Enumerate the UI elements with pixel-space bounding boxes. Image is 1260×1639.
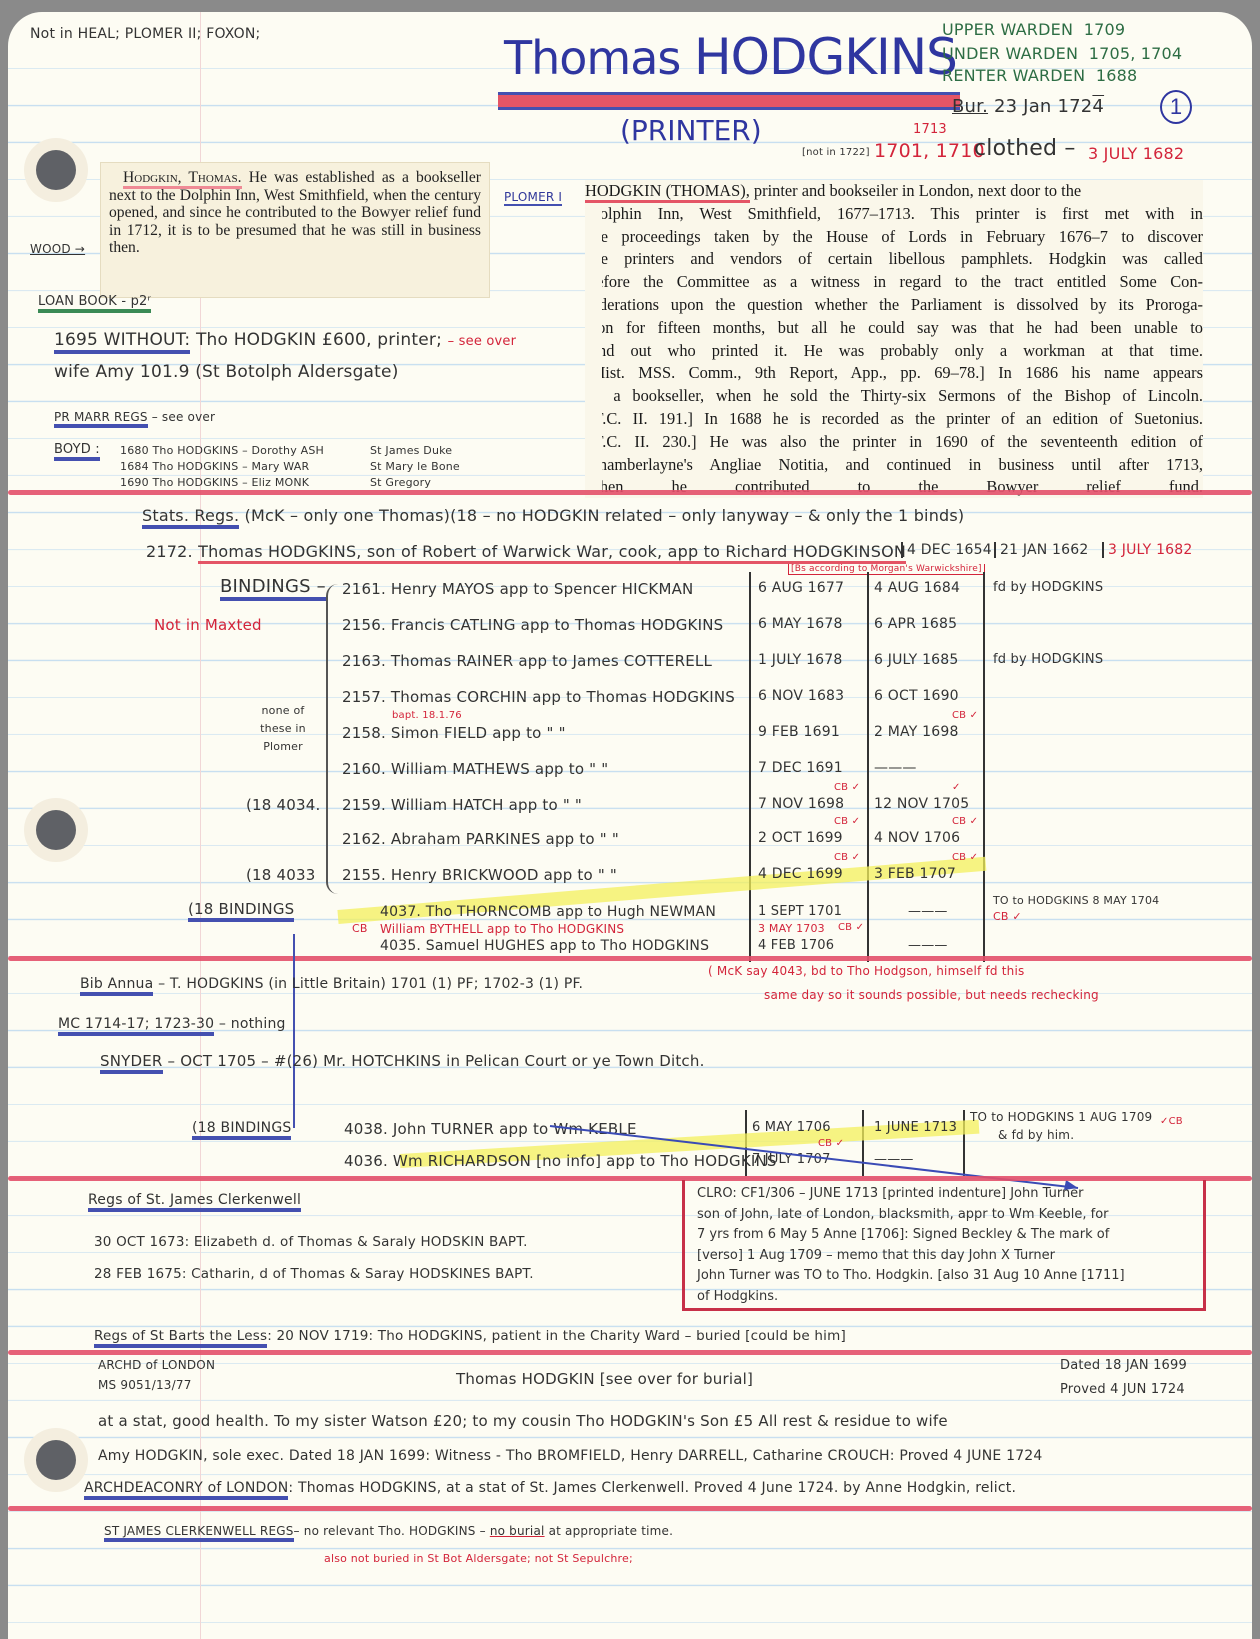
title-first-name: Thomas bbox=[504, 31, 680, 85]
archdeaconry-line: ARCHDEACONRY of LONDON: Thomas HODGKINS,… bbox=[84, 1480, 1016, 1496]
cb-check: CB ✓ bbox=[952, 710, 978, 721]
plomer-label: PLOMER I bbox=[504, 190, 562, 204]
will-proved: Proved 4 JUN 1724 bbox=[1060, 1382, 1185, 1397]
cb-check: CB ✓ bbox=[952, 852, 978, 863]
clro-line: of Hodgkins. bbox=[697, 1287, 1203, 1308]
binding-entry: 2159. William HATCH app to " " bbox=[342, 796, 582, 814]
clro-line: son of John, late of London, blacksmith,… bbox=[697, 1205, 1203, 1226]
clerkenwell-entry: 30 OCT 1673: Elizabeth d. of Thomas & Sa… bbox=[94, 1234, 528, 1250]
will-line-1: at a stat, good health. To my sister Wat… bbox=[98, 1412, 948, 1430]
wood-clipping: Hodgkin, Thomas. He was established as a… bbox=[100, 162, 490, 298]
binding-entry: 2160. William MATHEWS app to " " bbox=[342, 760, 608, 778]
table-col-divider bbox=[749, 572, 751, 962]
plomer-line: [T.C. II. 191.] In 1688 he is recorded a… bbox=[602, 408, 1203, 431]
freed-date: 2 MAY 1698 bbox=[874, 724, 959, 740]
clothed-label: clothed – bbox=[974, 136, 1076, 161]
plomer-line: [T.C. II. 230.] He was also the printer … bbox=[602, 431, 1203, 454]
pr-marr-regs: PR MARR REGS – see over bbox=[54, 410, 215, 424]
mc-line: MC 1714-17; 1723-30 – nothing bbox=[58, 1016, 286, 1032]
binding-entry: 4037. Tho THORNCOMB app to Hugh NEWMAN bbox=[380, 904, 716, 920]
plomer-line: Dolphin Inn, West Smithfield, 1677–1713.… bbox=[602, 203, 1203, 226]
bound-date: 1 JULY 1678 bbox=[758, 652, 843, 668]
livery-years: 1701, 1710 bbox=[874, 140, 985, 162]
mck-note-1: ( McK say 4043, bd to Tho Hodgson, himse… bbox=[708, 964, 1024, 978]
plomer-lead: HODGKIN (THOMAS), bbox=[585, 181, 750, 203]
transfer-note: TO to HODGKINS 8 MAY 1704 bbox=[993, 894, 1159, 907]
snyder-line: SNYDER – OCT 1705 – #(26) Mr. HOTCHKINS … bbox=[100, 1052, 705, 1070]
bound-date: 6 AUG 1677 bbox=[758, 580, 844, 596]
binder-hole-top bbox=[36, 150, 76, 190]
freed-date: ——— bbox=[874, 760, 917, 776]
register-ref: (18 4034. bbox=[246, 796, 320, 814]
binding-entry: 2162. Abraham PARKINES app to " " bbox=[342, 830, 619, 848]
clro-line: CLRO: CF1/306 – JUNE 1713 [printed inden… bbox=[697, 1184, 1203, 1205]
cb-check: ✓ bbox=[952, 782, 961, 793]
page-title: Thomas HODGKINS bbox=[504, 28, 957, 86]
section-divider bbox=[8, 490, 1252, 495]
boyd-label: BOYD : bbox=[54, 442, 100, 457]
st-james-regs-line: ST JAMES CLERKENWELL REGS– no relevant T… bbox=[104, 1524, 673, 1538]
freed-date: 6 APR 1685 bbox=[874, 616, 957, 632]
bound-date: 6 MAY 1678 bbox=[758, 616, 843, 632]
boyd-entry: 1684 Tho HODGKINS – Mary WAR bbox=[120, 460, 309, 473]
red-note: also not buried in St Bot Aldersgate; no… bbox=[324, 1552, 633, 1565]
bindings-label: BINDINGS – bbox=[220, 576, 326, 597]
will-title: Thomas HODGKIN [see over for burial] bbox=[456, 1370, 753, 1388]
clro-line: John Turner was TO to Tho. Hodgkin. [als… bbox=[697, 1266, 1203, 1287]
plomer-body: Dolphin Inn, West Smithfield, 1677–1713.… bbox=[585, 203, 1203, 499]
bindings18-label: (18 BINDINGS bbox=[188, 900, 294, 918]
baptism-note: bapt. 18.1.76 bbox=[392, 710, 462, 721]
freed-date: 4 AUG 1684 bbox=[874, 580, 960, 596]
freed-date: ——— bbox=[908, 938, 948, 953]
freed-note: fd by HODGKINS bbox=[993, 580, 1103, 595]
binding-entry: 2158. Simon FIELD app to " " bbox=[342, 724, 566, 742]
freed-date: ——— bbox=[908, 904, 948, 919]
freed-note: fd by HODGKINS bbox=[993, 652, 1103, 667]
none-in-plomer-note: none of these in Plomer bbox=[252, 702, 314, 756]
livery-year-above: 1713 bbox=[913, 122, 947, 137]
plomer-line: [Hist. MSS. Comm., 9th Report, App., pp.… bbox=[602, 362, 1203, 385]
loan-book-heading: LOAN BOOK - p2ʳ bbox=[38, 294, 151, 309]
not-in-sources-note: Not in HEAL; PLOMER II; FOXON; bbox=[30, 26, 260, 42]
section-divider bbox=[8, 1506, 1252, 1511]
plomer-line: the proceedings taken by the House of Lo… bbox=[602, 226, 1203, 249]
table-col-divider bbox=[983, 572, 985, 962]
clro-box: CLRO: CF1/306 – JUNE 1713 [printed inden… bbox=[682, 1180, 1206, 1311]
freed-date: 4 NOV 1706 bbox=[874, 830, 960, 846]
bib-annua-line: Bib Annua – T. HODGKINS (in Little Brita… bbox=[80, 976, 583, 992]
clro-line: [verso] 1 Aug 1709 – memo that this day … bbox=[697, 1246, 1203, 1267]
notebook-page: Not in HEAL; PLOMER II; FOXON; Thomas HO… bbox=[8, 12, 1252, 1639]
binding-entry: 2157. Thomas CORCHIN app to Thomas HODGK… bbox=[342, 688, 735, 706]
clro-line: 7 yrs from 6 May 5 Anne [1706]: Signed B… bbox=[697, 1225, 1203, 1246]
bound-date: 4 DEC 1699 bbox=[758, 866, 843, 882]
sheet-number: 1 bbox=[1160, 90, 1192, 124]
plomer-line: Chamberlayne's Angliae Notitia, and cont… bbox=[602, 454, 1203, 477]
freed-date: 12 NOV 1705 bbox=[874, 796, 969, 812]
bindings-brace bbox=[326, 584, 338, 894]
boyd-place: St Gregory bbox=[370, 476, 431, 489]
clerkenwell-entry: 28 FEB 1675: Catharin, d of Thomas & Sar… bbox=[94, 1266, 534, 1282]
freed-date: 3 FEB 1707 bbox=[874, 866, 956, 882]
plomer-line: when he contributed to the Bowyer relief… bbox=[602, 476, 1203, 499]
bindings18b-label: (18 BINDINGS bbox=[192, 1120, 291, 1136]
plomer-line: siderations upon the question whether th… bbox=[602, 294, 1203, 317]
not-in-maxted: Not in Maxted bbox=[154, 616, 262, 634]
bound-date: 7 NOV 1698 bbox=[758, 796, 844, 812]
cb-mark: CB bbox=[352, 922, 368, 935]
section-divider bbox=[8, 1350, 1252, 1355]
will-line-2: Amy HODGKIN, sole exec. Dated 18 JAN 169… bbox=[98, 1448, 1043, 1464]
title-surname: HODGKINS bbox=[694, 28, 957, 86]
plomer-line: find out who printed it. He was probably… bbox=[602, 340, 1203, 363]
bound-date: 7 DEC 1691 bbox=[758, 760, 843, 776]
boyd-place: St Mary le Bone bbox=[370, 460, 460, 473]
archd-ref-2: MS 9051/13/77 bbox=[98, 1378, 192, 1392]
page-subtitle: (PRINTER) bbox=[620, 114, 762, 147]
st-barts-line: Regs of St Barts the Less: 20 NOV 1719: … bbox=[94, 1328, 846, 1344]
binding-entry: 2161. Henry MAYOS app to Spencer HICKMAN bbox=[342, 580, 693, 598]
clothed-date: 3 JULY 1682 bbox=[1088, 144, 1184, 163]
cb-check: CB ✓ bbox=[834, 852, 860, 863]
warden-upper: UPPER WARDEN 1709 bbox=[942, 20, 1125, 39]
loan-book-wife: wife Amy 101.9 (St Botolph Aldersgate) bbox=[54, 362, 399, 382]
not-in-1722: [not in 1722] bbox=[802, 147, 870, 158]
warden-under: UNDER WARDEN 1705, 1704 bbox=[942, 44, 1182, 63]
binding-entry: 2156. Francis CATLING app to Thomas HODG… bbox=[342, 616, 723, 634]
wood-label: WOOD → bbox=[30, 242, 85, 256]
burial-date: Bur. 23 Jan 1724 bbox=[952, 96, 1104, 117]
freed-date: 6 JULY 1685 bbox=[874, 652, 959, 668]
plomer-line: the printers and vendors of certain libe… bbox=[602, 248, 1203, 271]
plomer-line: as a bookseller, when he sold the Thirty… bbox=[602, 385, 1203, 408]
plomer-line: before the Committee as a witness in reg… bbox=[602, 271, 1203, 294]
binder-hole-middle bbox=[36, 810, 76, 850]
bound-date: 3 MAY 1703 bbox=[758, 922, 825, 935]
binding-entry: William BYTHELL app to Tho HODGKINS bbox=[380, 922, 624, 936]
warden-renter: RENTER WARDEN 1688 bbox=[942, 66, 1137, 85]
will-dated: Dated 18 JAN 1699 bbox=[1060, 1358, 1187, 1373]
bound-date: 6 NOV 1683 bbox=[758, 688, 844, 704]
cb-check: CB ✓ bbox=[993, 910, 1022, 923]
loan-book-entry: 1695 WITHOUT: Tho HODGKIN £600, printer;… bbox=[54, 330, 516, 350]
archd-ref-1: ARCHD of LONDON bbox=[98, 1358, 215, 1372]
binding-entry: 2163. Thomas RAINER app to James COTTERE… bbox=[342, 652, 712, 670]
boyd-entry: 1690 Tho HODGKINS – Eliz MONK bbox=[120, 476, 309, 489]
cb-check: CB ✓ bbox=[952, 816, 978, 827]
binding-entry: 4035. Samuel HUGHES app to Tho HODGKINS bbox=[380, 938, 709, 954]
bound-date: 9 FEB 1691 bbox=[758, 724, 840, 740]
bound-date: 2 OCT 1699 bbox=[758, 830, 843, 846]
clerkenwell-heading: Regs of St. James Clerkenwell bbox=[88, 1192, 301, 1208]
stats-regs-line: Stats. Regs. (McK – only one Thomas)(18 … bbox=[142, 506, 964, 525]
link-arrow bbox=[293, 934, 295, 1128]
mck-note-2: same day so it sounds possible, but need… bbox=[764, 988, 1099, 1002]
boyd-place: St James Duke bbox=[370, 444, 452, 457]
bound-date: 1 SEPT 1701 bbox=[758, 904, 842, 919]
bound-date: 4 FEB 1706 bbox=[758, 938, 834, 953]
freed-date: 6 OCT 1690 bbox=[874, 688, 959, 704]
cb-check: CB ✓ bbox=[838, 922, 864, 933]
boyd-entry: 1680 Tho HODGKINS – Dorothy ASH bbox=[120, 444, 324, 457]
title-underline bbox=[498, 92, 960, 110]
plomer-clipping: HODGKIN (THOMAS), printer and bookseiler… bbox=[585, 180, 1203, 498]
table-col-divider bbox=[867, 572, 869, 962]
binding-entry: 2155. Henry BRICKWOOD app to " " bbox=[342, 866, 617, 884]
cb-check: CB ✓ bbox=[834, 782, 860, 793]
section-divider bbox=[8, 956, 1252, 961]
binder-hole-bottom bbox=[36, 1440, 76, 1480]
cb-check: CB ✓ bbox=[834, 816, 860, 827]
plomer-line: tion for fifteen months, but all he coul… bbox=[602, 317, 1203, 340]
register-ref: (18 4033 bbox=[246, 866, 315, 884]
cb-check: ✓CB bbox=[1160, 1116, 1183, 1127]
